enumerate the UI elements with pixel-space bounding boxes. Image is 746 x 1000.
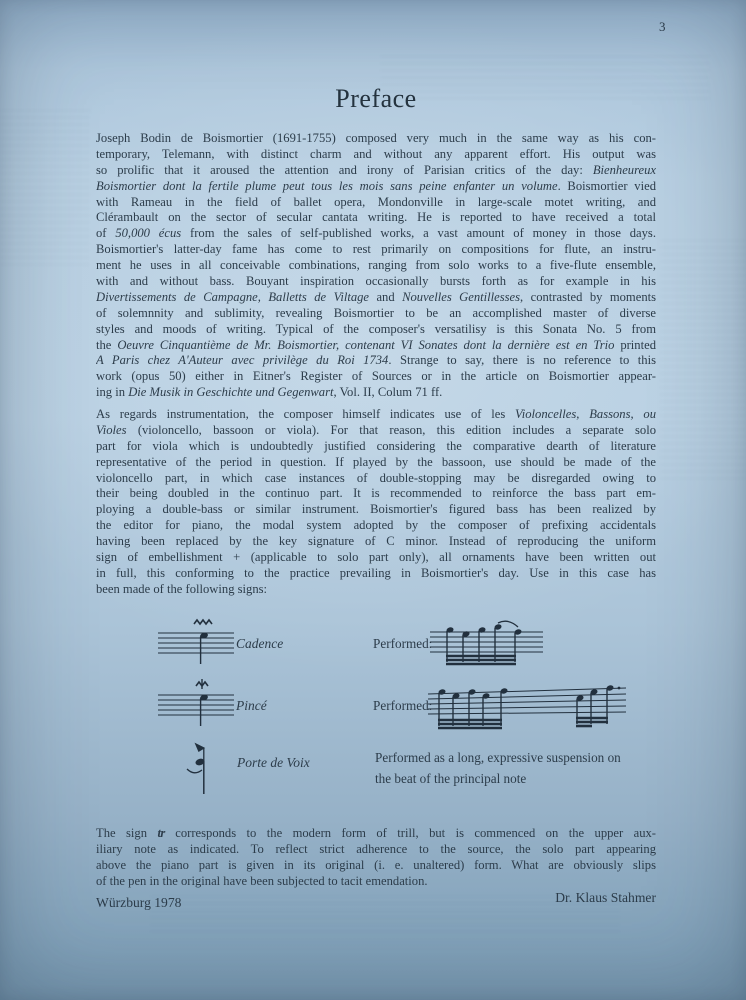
text-line: so prolific that it aroused the attentio…	[96, 163, 656, 179]
note-beams	[438, 718, 608, 728]
text-line: of 50,000 écus from the sales of self-pu…	[96, 226, 656, 242]
cadence-label: Cadence	[236, 636, 283, 652]
cadence-performed-label: Performed:	[373, 636, 432, 652]
augmentation-dot	[618, 687, 621, 690]
text-line: their being doubled in the continuo part…	[96, 486, 656, 502]
text-line: the Oeuvre Cinquantième de Mr. Boismorti…	[96, 338, 656, 354]
text-line: in full, this conforming to the practice…	[96, 566, 656, 582]
paragraph-instrumentation: As regards instrumentation, the composer…	[96, 407, 656, 598]
text-line: A Paris chez A'Auteur avec privilège du …	[96, 353, 656, 369]
paragraph-trill-note: The sign tr corresponds to the modern fo…	[96, 826, 656, 890]
page-title: Preface	[96, 84, 656, 114]
place-date: Würzburg 1978	[96, 895, 181, 911]
text-line: been made of the following signs:	[96, 582, 656, 598]
pince-sign-staff	[156, 678, 236, 728]
slur	[187, 769, 202, 773]
note-beams	[446, 656, 516, 664]
pince-performed-label: Performed:	[373, 698, 432, 714]
pince-label: Pincé	[236, 698, 267, 714]
text-line: sign of embellishment + (applicable to s…	[96, 550, 656, 566]
note-heads	[446, 623, 522, 637]
text-line: iliary note as indicated. To reflect str…	[96, 842, 656, 858]
text-line: Boismortier's latter-day fame has come t…	[96, 242, 656, 258]
cadence-performed-staff	[430, 620, 545, 670]
paragraph-intro: Joseph Bodin de Boismortier (1691-1755) …	[96, 131, 656, 401]
pince-performed-staff	[428, 682, 628, 736]
show-through-artifact	[660, 240, 746, 480]
text-line: with and without bass. Bouyant inspirati…	[96, 274, 656, 290]
text-line: The sign tr corresponds to the modern fo…	[96, 826, 656, 842]
performed-description-line: Performed as a long, expressive suspensi…	[375, 748, 645, 769]
text-line: Joseph Bodin de Boismortier (1691-1755) …	[96, 131, 656, 147]
text-line: ment he uses in all conceivable combinat…	[96, 258, 656, 274]
text-line: Boismortier dont la fertile plume peut t…	[96, 179, 656, 195]
text-line: representative of the period in question…	[96, 455, 656, 471]
text-line: temporary, Telemann, with distinct charm…	[96, 147, 656, 163]
text-line: work (opus 50) either in Eitner's Regist…	[96, 369, 656, 385]
text-line: As regards instrumentation, the composer…	[96, 407, 656, 423]
text-line: above the piano part is given in its ori…	[96, 858, 656, 874]
porte-de-voix-performed-description: Performed as a long, expressive suspensi…	[375, 748, 645, 789]
text-line: styles and moods of writing. Typical of …	[96, 322, 656, 338]
text-line: part for viola which is undoubtedly just…	[96, 439, 656, 455]
porte-de-voix-label: Porte de Voix	[237, 755, 310, 771]
show-through-artifact	[0, 110, 90, 270]
performed-description-line: the beat of the principal note	[375, 769, 645, 790]
author-signature: Dr. Klaus Stahmer	[396, 890, 656, 906]
text-line: violoncello part, in which case instance…	[96, 471, 656, 487]
text-line: with Rameau in the field of ballet opera…	[96, 195, 656, 211]
text-line: of the pen in the original have been sub…	[96, 874, 656, 890]
porte-de-voix-sign	[183, 742, 215, 798]
text-line: having been replaced by the key signatur…	[96, 534, 656, 550]
text-line: Clérambault on the sector of secular can…	[96, 210, 656, 226]
text-line: ploying a double-bass or similar instrum…	[96, 502, 656, 518]
text-line: the editor for piano, the modal system a…	[96, 518, 656, 534]
grace-flag	[196, 744, 204, 761]
trill-squiggle-icon	[194, 620, 212, 624]
page-number: 3	[659, 19, 666, 35]
scanned-preface-page: 3 Preface Joseph Bodin de Boismortier (1…	[0, 0, 746, 1000]
text-line: Divertissements de Campagne, Balletts de…	[96, 290, 656, 306]
text-line: Violes (violoncello, bassoon or viola). …	[96, 423, 656, 439]
cadence-sign-staff	[156, 616, 236, 666]
text-line: ing in Die Musik in Geschichte und Gegen…	[96, 385, 656, 401]
text-line: of solemnnity and sublimity, revealing B…	[96, 306, 656, 322]
